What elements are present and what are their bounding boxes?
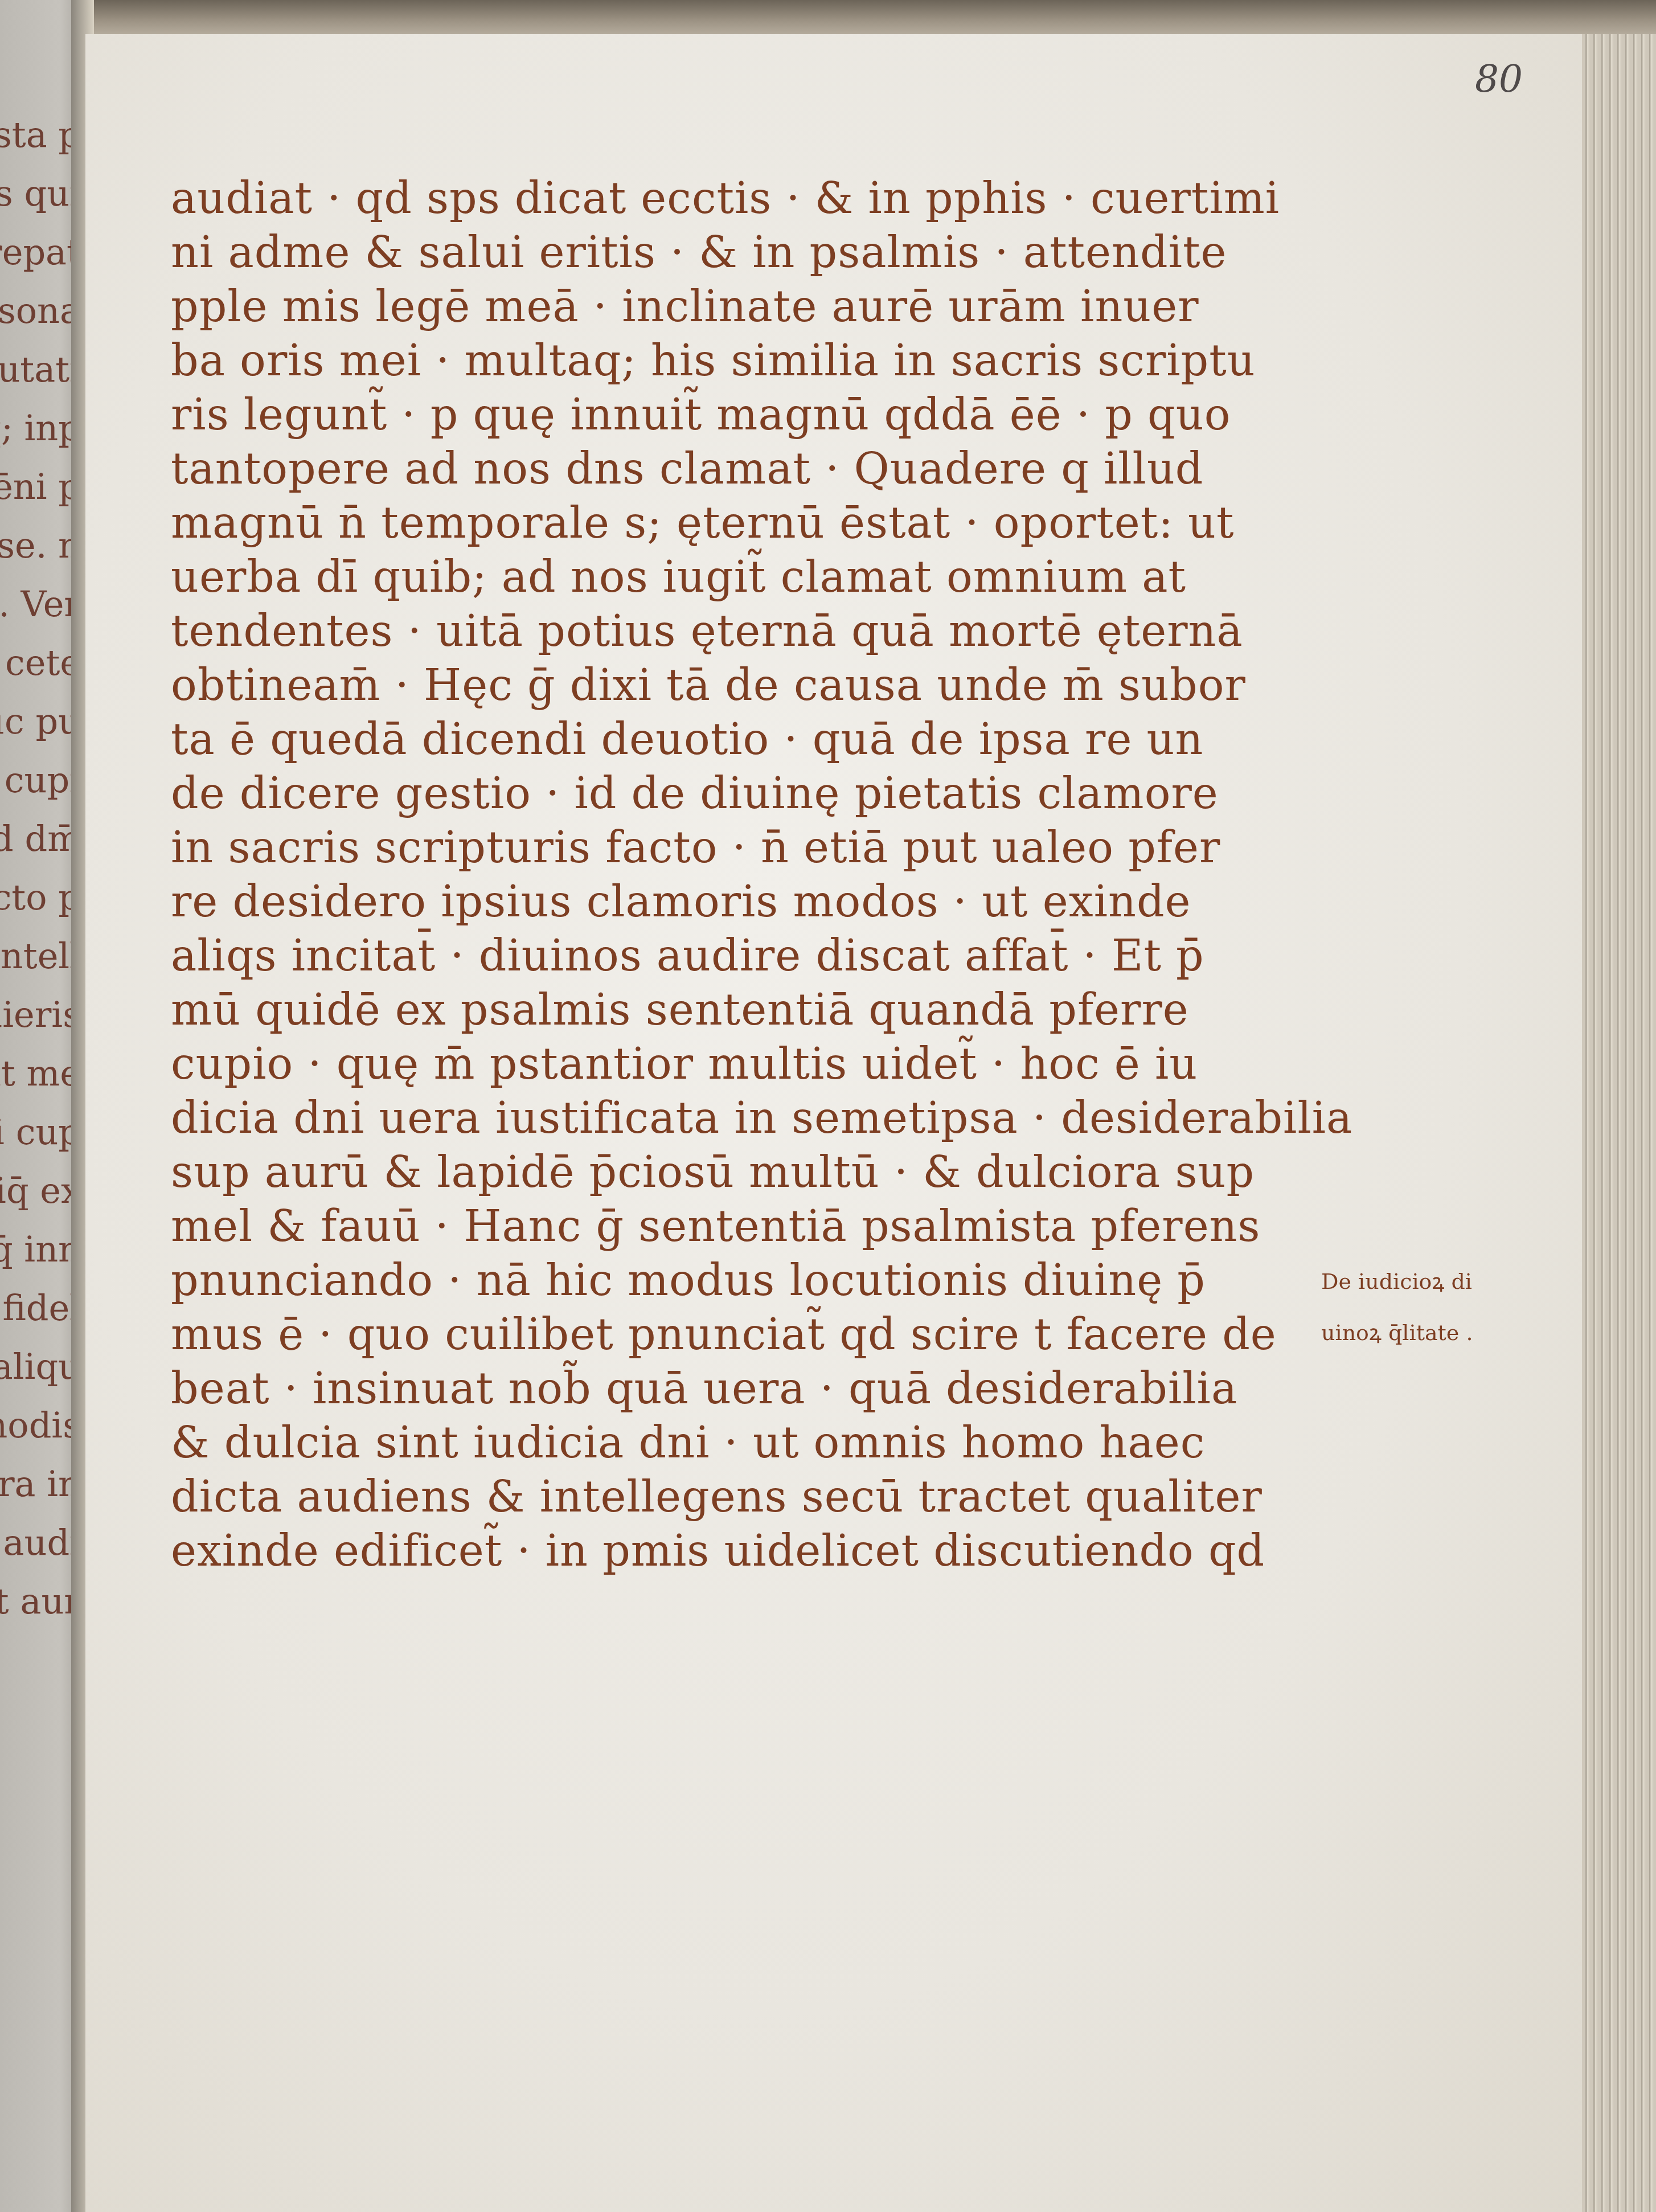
text-line: sup aurū & lapidē p̄ciosū multū · & dulc…	[171, 1145, 1321, 1199]
facing-page-line: ustra in	[0, 1463, 81, 1505]
page-edges	[1582, 34, 1656, 2212]
facing-page-line: almista p	[0, 114, 81, 155]
text-line: mus ē · quo cuilibet pnunciat̃ qd scire …	[171, 1307, 1321, 1361]
facing-page-line: re cupi	[0, 759, 81, 801]
gloss-line: uinoꝝ q̄litate .	[1321, 1307, 1473, 1358]
facing-page-line: dis cete	[0, 642, 81, 683]
text-line: dicia dni uera iustificata in semetipsa …	[171, 1091, 1321, 1145]
text-line: ni adme & salui eritis · & in psalmis · …	[171, 225, 1321, 279]
text-line: beat · insinuat nob̃ quā uera · quā desi…	[171, 1361, 1321, 1415]
facing-page-line: ę q̄ inn	[0, 1228, 81, 1270]
facing-page-line: increpat	[0, 231, 81, 273]
facing-page-line: dicto p	[0, 876, 81, 918]
main-text-block: audiat · qd sps dicat ecctis · & in pphi…	[171, 171, 1321, 1578]
text-line: uerba dī quib; ad nos iugit̃ clamat omni…	[171, 550, 1321, 604]
text-line: dicta audiens & intellegens secū tractet…	[171, 1469, 1321, 1523]
text-line: de dicere gestio · id de diuinę pietatis…	[171, 766, 1321, 820]
folio-number: 80	[1475, 57, 1523, 101]
facing-page-line: s fidel	[0, 1287, 81, 1329]
text-line: exinde edificet̃ · in pmis uidelicet dis…	[171, 1523, 1321, 1578]
text-line: ris legunt̃ · p quę innuit̃ magnū qddā ē…	[171, 387, 1321, 441]
text-line: magnū n̄ temporale s; ęternū ēstat · opo…	[171, 495, 1321, 550]
facing-page-line: · intell	[0, 935, 81, 977]
text-line: audiat · qd sps dicat ecctis · & in pphi…	[171, 171, 1321, 225]
text-line: cupio · quę m̄ pstantior multis uidet̃ ·…	[171, 1037, 1321, 1091]
text-line: mū quidē ex psalmis sententiā quandā pfe…	[171, 982, 1321, 1037]
facing-page-line: es audi	[0, 1522, 81, 1563]
facing-page-line: ouc pu	[0, 701, 81, 742]
facing-page-line: mutati	[0, 349, 81, 390]
facing-page-line: ę aliqu	[0, 1346, 81, 1387]
facing-page-line: ē psona	[0, 290, 81, 331]
marginal-gloss: De iudicioꝝ di uinoꝝ q̄litate .	[1321, 1256, 1473, 1358]
text-line: pnunciando · nā hic modus locutionis diu…	[171, 1253, 1321, 1307]
facing-page-line: quoq; inp	[0, 407, 81, 449]
facing-page-line: posse. n	[0, 525, 81, 566]
facing-page-line: t aur	[0, 1580, 81, 1622]
text-line: aliqs incitat̄ · diuinos audire discat a…	[171, 928, 1321, 982]
text-line: ba oris mei · multaq; his similia in sac…	[171, 333, 1321, 387]
text-line: ta ē quedā dicendi deuotio · quā de ipsa…	[171, 712, 1321, 766]
facing-page-line: ent. Ver	[0, 583, 81, 625]
book-top-edge	[85, 0, 1656, 34]
text-line: obtineam̄ · Hęc ḡ dixi tā de causa unde …	[171, 658, 1321, 712]
text-line: mel & fauū · Hanc ḡ sententiā psalmista …	[171, 1199, 1321, 1253]
gloss-line: De iudicioꝝ di	[1321, 1256, 1473, 1307]
text-line: re desidero ipsius clamoris modos · ut e…	[171, 874, 1321, 928]
text-line: & dulcia sint iudicia dni · ut omnis hom…	[171, 1415, 1321, 1469]
facing-page-line: modis	[0, 1404, 81, 1446]
facing-page-line: Nēni p	[0, 466, 81, 507]
facing-page-line: edi cup	[0, 1111, 81, 1153]
text-line: pple mis legē meā · inclinate aurē urām …	[171, 279, 1321, 333]
facing-page-line: iat me	[0, 1052, 81, 1094]
facing-page-line: adieris	[0, 994, 81, 1035]
facing-page-line: aliq̄ ex	[0, 1170, 81, 1211]
text-line: tendentes · uitā potius ęternā quā mortē…	[171, 604, 1321, 658]
text-line: tantopere ad nos dns clamat · Quadere q …	[171, 441, 1321, 495]
facing-page-line: ersus qui	[0, 173, 81, 214]
facing-page-line: ud dm̄	[0, 818, 81, 859]
text-line: in sacris scripturis facto · n̄ etiā put…	[171, 820, 1321, 874]
